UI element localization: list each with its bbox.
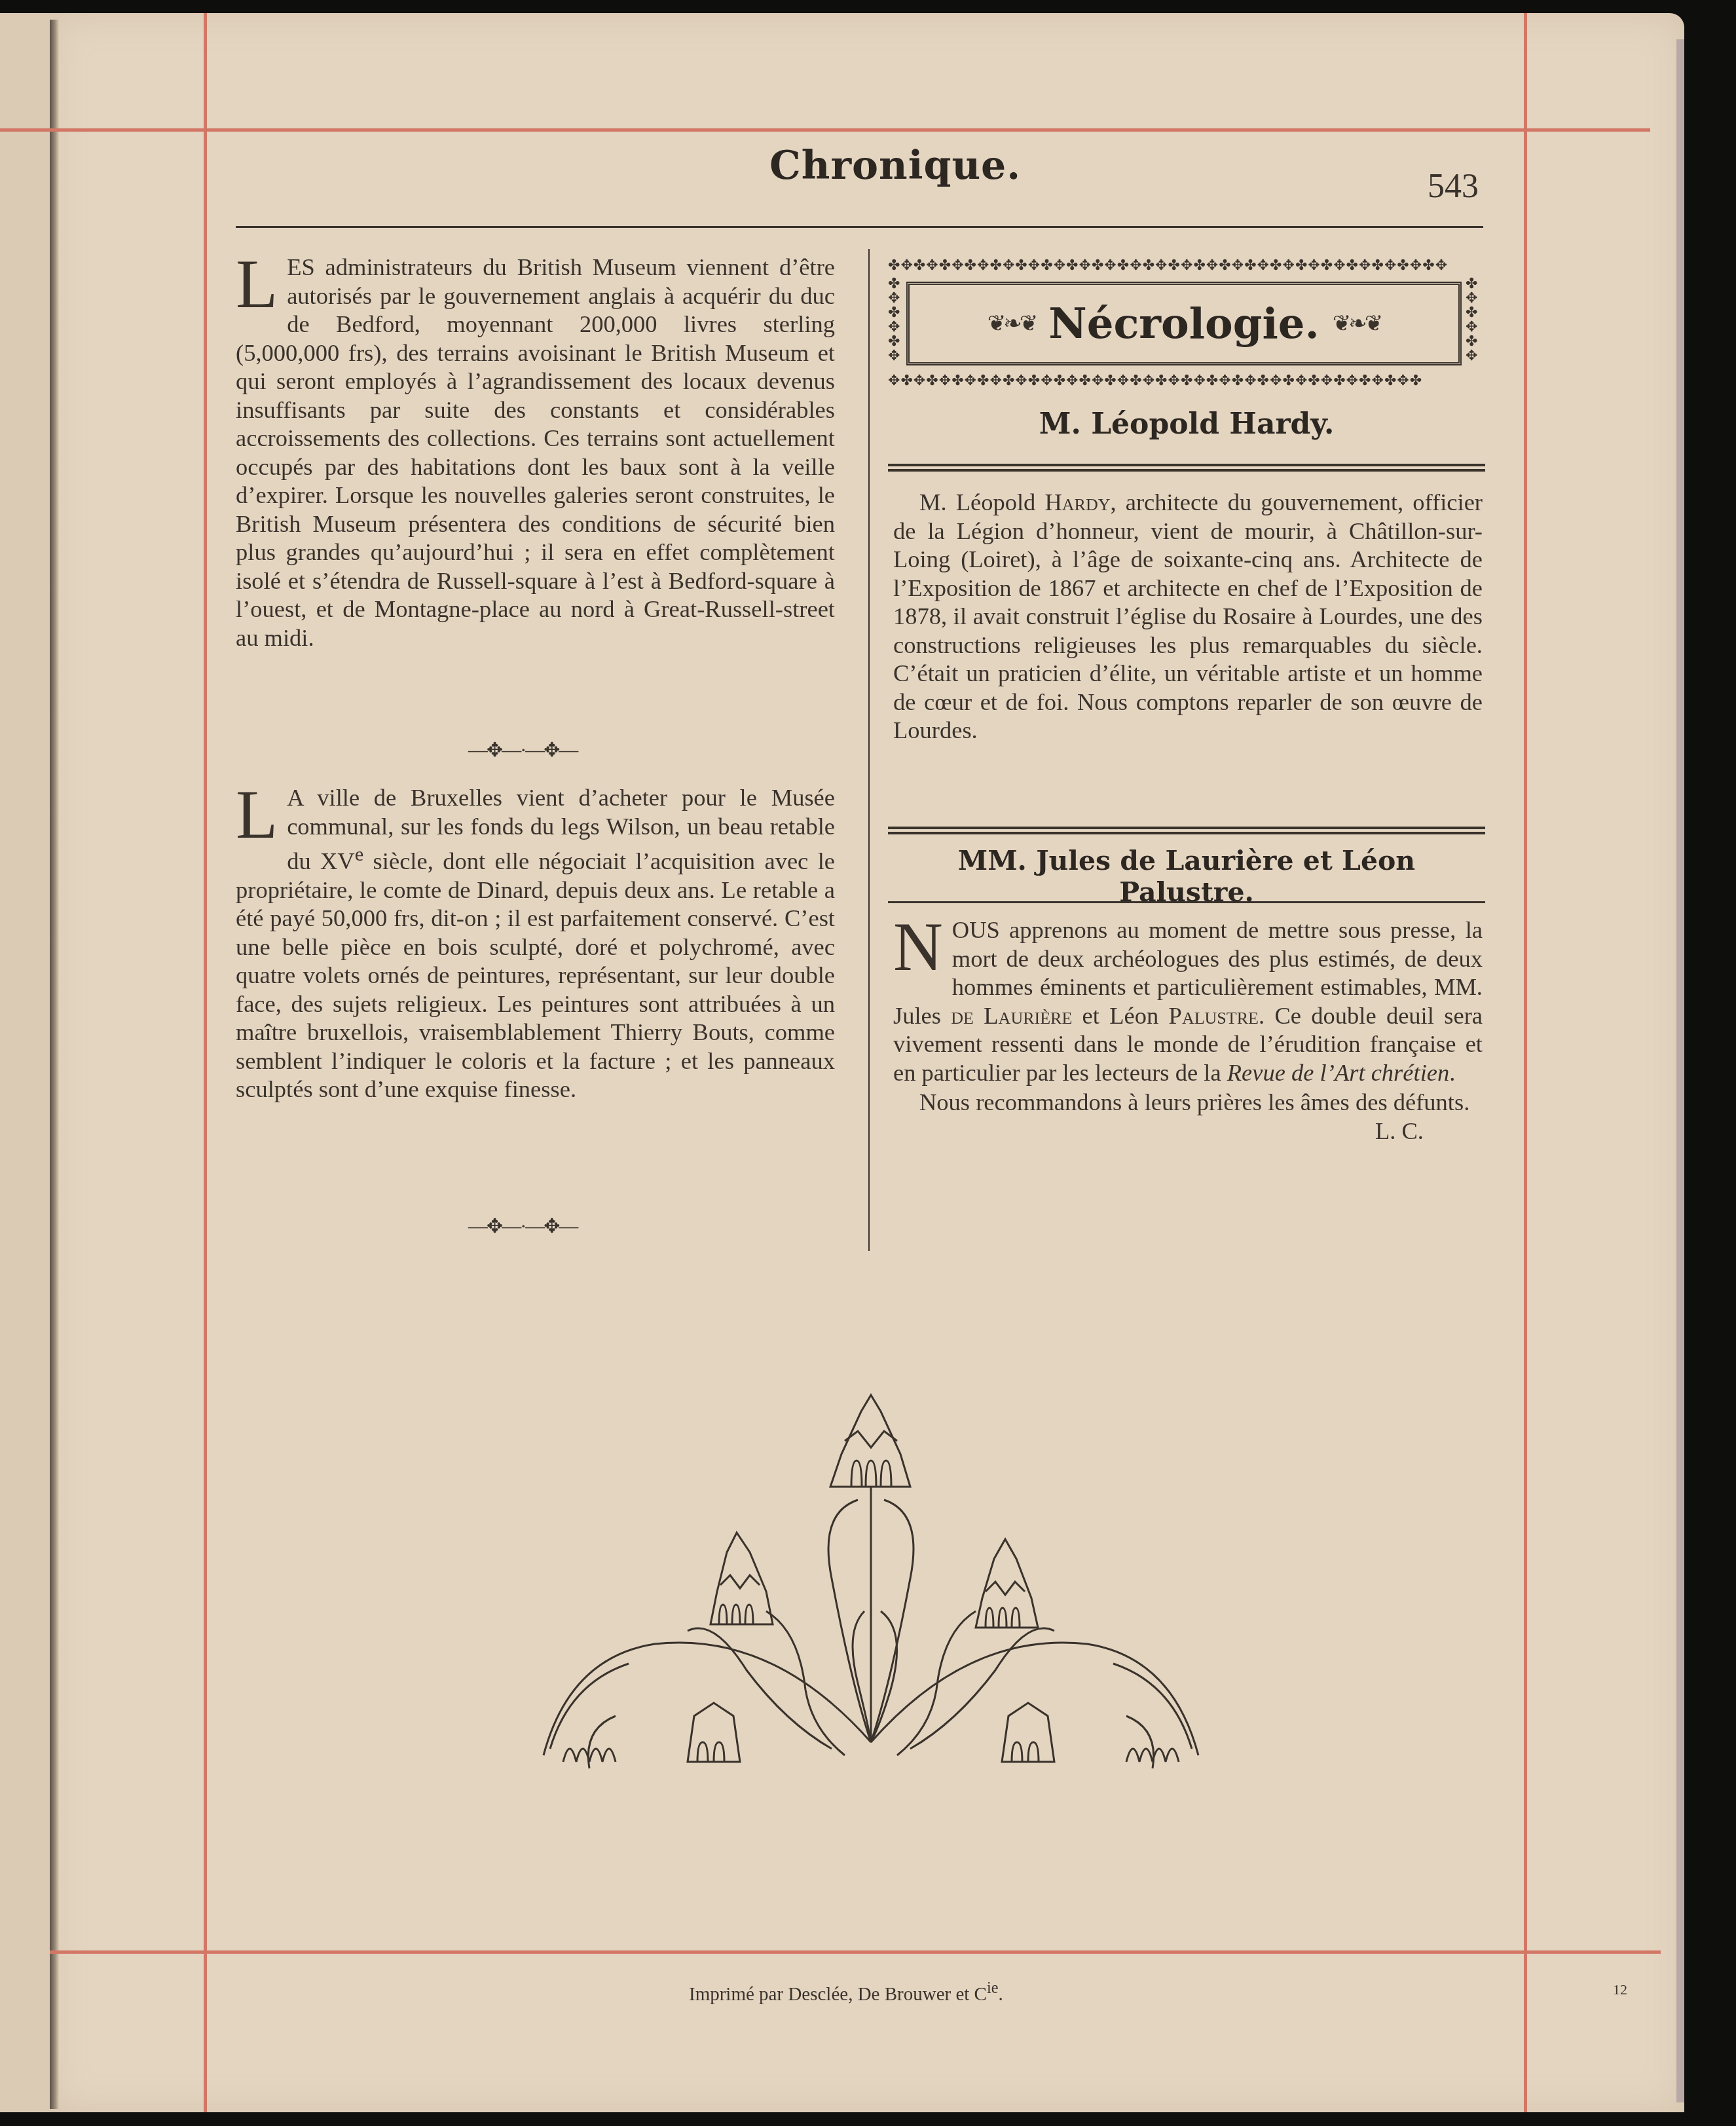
- facing-page-edge: [0, 13, 54, 2112]
- necrologie-heading-box: ❦❧❦ Nécrologie. ❦❧❦: [906, 282, 1462, 365]
- dropcap: N: [893, 920, 943, 975]
- article-text: siècle, dont elle négociait l’acquisitio…: [236, 848, 835, 1102]
- obituary-text: M. Léopold Hardy, architecte du gouverne…: [893, 488, 1483, 745]
- superscript: ie: [987, 1979, 998, 1997]
- obituary-text: NOUS apprenons au moment de mettre sous …: [893, 916, 1483, 1087]
- margin-rule-right: [1524, 13, 1527, 2112]
- obituary-lauriere-palustre: NOUS apprenons au moment de mettre sous …: [893, 916, 1483, 1145]
- fleuron-border-bottom-icon: ✥✤✥✤✥✤✥✤✥✤✥✤✥✤✥✤✥✤✥✤✥✤✥✤✥✤✥✤✥✤✥✤✥✤✥✤✥✤✥✤…: [888, 372, 1485, 392]
- dropcap: L: [236, 787, 278, 842]
- signature-mark: 12: [1613, 1981, 1627, 1998]
- page-edge: [1676, 39, 1684, 2102]
- floral-tailpiece-illustration: [524, 1375, 1218, 1795]
- article-bruxelles-retable: LA ville de Bruxelles vient d’acheter po…: [236, 783, 835, 1104]
- necrologie-ornamental-frame: ✤✥✤✥✤✥✤✥✤✥✤✥✤✥✤✥✤✥✤✥✤✥✤✥✤✥✤✥✤✥✤✥✤✥✤✥✤✥✤✥…: [888, 257, 1485, 392]
- journal-title-italic: Revue de l’Art chrétien: [1227, 1059, 1450, 1086]
- book-gutter: [50, 20, 59, 2109]
- obituary-title-hardy: M. Léopold Hardy.: [888, 407, 1485, 441]
- article-british-museum: LES administrateurs du British Museum vi…: [236, 253, 835, 652]
- article-text: ES administrateurs du British Museum vie…: [236, 253, 835, 651]
- superscript: e: [355, 843, 364, 865]
- text: et Léon: [1072, 1002, 1168, 1029]
- running-head-title: Chronique.: [769, 143, 1021, 189]
- scroll-ornament-left-icon: ❦❧❦: [988, 310, 1035, 337]
- text: , architecte du gouvernement, officier d…: [893, 489, 1483, 743]
- margin-rule-bottom: [50, 1950, 1661, 1954]
- header-rule: [236, 226, 1483, 228]
- dropcap: L: [236, 257, 278, 312]
- name-small-caps: Palustre: [1169, 1002, 1259, 1029]
- fleuron-border-right-icon: ✤ ✥ ✤ ✥ ✤ ✥: [1466, 276, 1485, 372]
- double-rule: [888, 464, 1485, 472]
- margin-rule-left: [204, 13, 207, 2112]
- page-number: 543: [1428, 167, 1479, 206]
- left-column-second: LA ville de Bruxelles vient d’acheter po…: [236, 783, 835, 1104]
- obituary-title-lauriere-palustre: MM. Jules de Laurière et Léon Palustre.: [888, 845, 1485, 908]
- signature: L. C.: [893, 1117, 1483, 1146]
- margin-rule-top: [0, 128, 1650, 132]
- single-rule: [888, 901, 1485, 903]
- double-rule: [888, 827, 1485, 834]
- fleuron-border-top-icon: ✤✥✤✥✤✥✤✥✤✥✤✥✤✥✤✥✤✥✤✥✤✥✤✥✤✥✤✥✤✥✤✥✤✥✤✥✤✥✤✥…: [888, 257, 1485, 276]
- separator-ornament: —✥—·—✥—: [468, 739, 577, 762]
- fleuron-border-left-icon: ✤ ✥ ✤ ✥ ✤ ✥: [888, 276, 908, 372]
- column-divider: [868, 249, 870, 1251]
- name-small-caps: Hardy: [1044, 489, 1110, 515]
- separator-ornament-end: —✥—·—✥—: [468, 1215, 577, 1238]
- name-small-caps: de Laurière: [951, 1002, 1072, 1029]
- imprint-text: Imprimé par Desclée, De Brouwer et C: [689, 1984, 987, 2005]
- imprint-text: .: [998, 1984, 1003, 2005]
- printer-imprint: Imprimé par Desclée, De Brouwer et Cie.: [689, 1979, 1003, 2005]
- closing-paragraph: Nous recommandons à leurs prières les âm…: [893, 1088, 1483, 1117]
- scroll-ornament-right-icon: ❦❧❦: [1333, 310, 1380, 337]
- section-heading: Nécrologie.: [1048, 299, 1320, 348]
- left-column: LES administrateurs du British Museum vi…: [236, 253, 835, 652]
- text: M. Léopold: [919, 489, 1044, 515]
- text: .: [1449, 1059, 1455, 1086]
- obituary-hardy: M. Léopold Hardy, architecte du gouverne…: [893, 488, 1483, 745]
